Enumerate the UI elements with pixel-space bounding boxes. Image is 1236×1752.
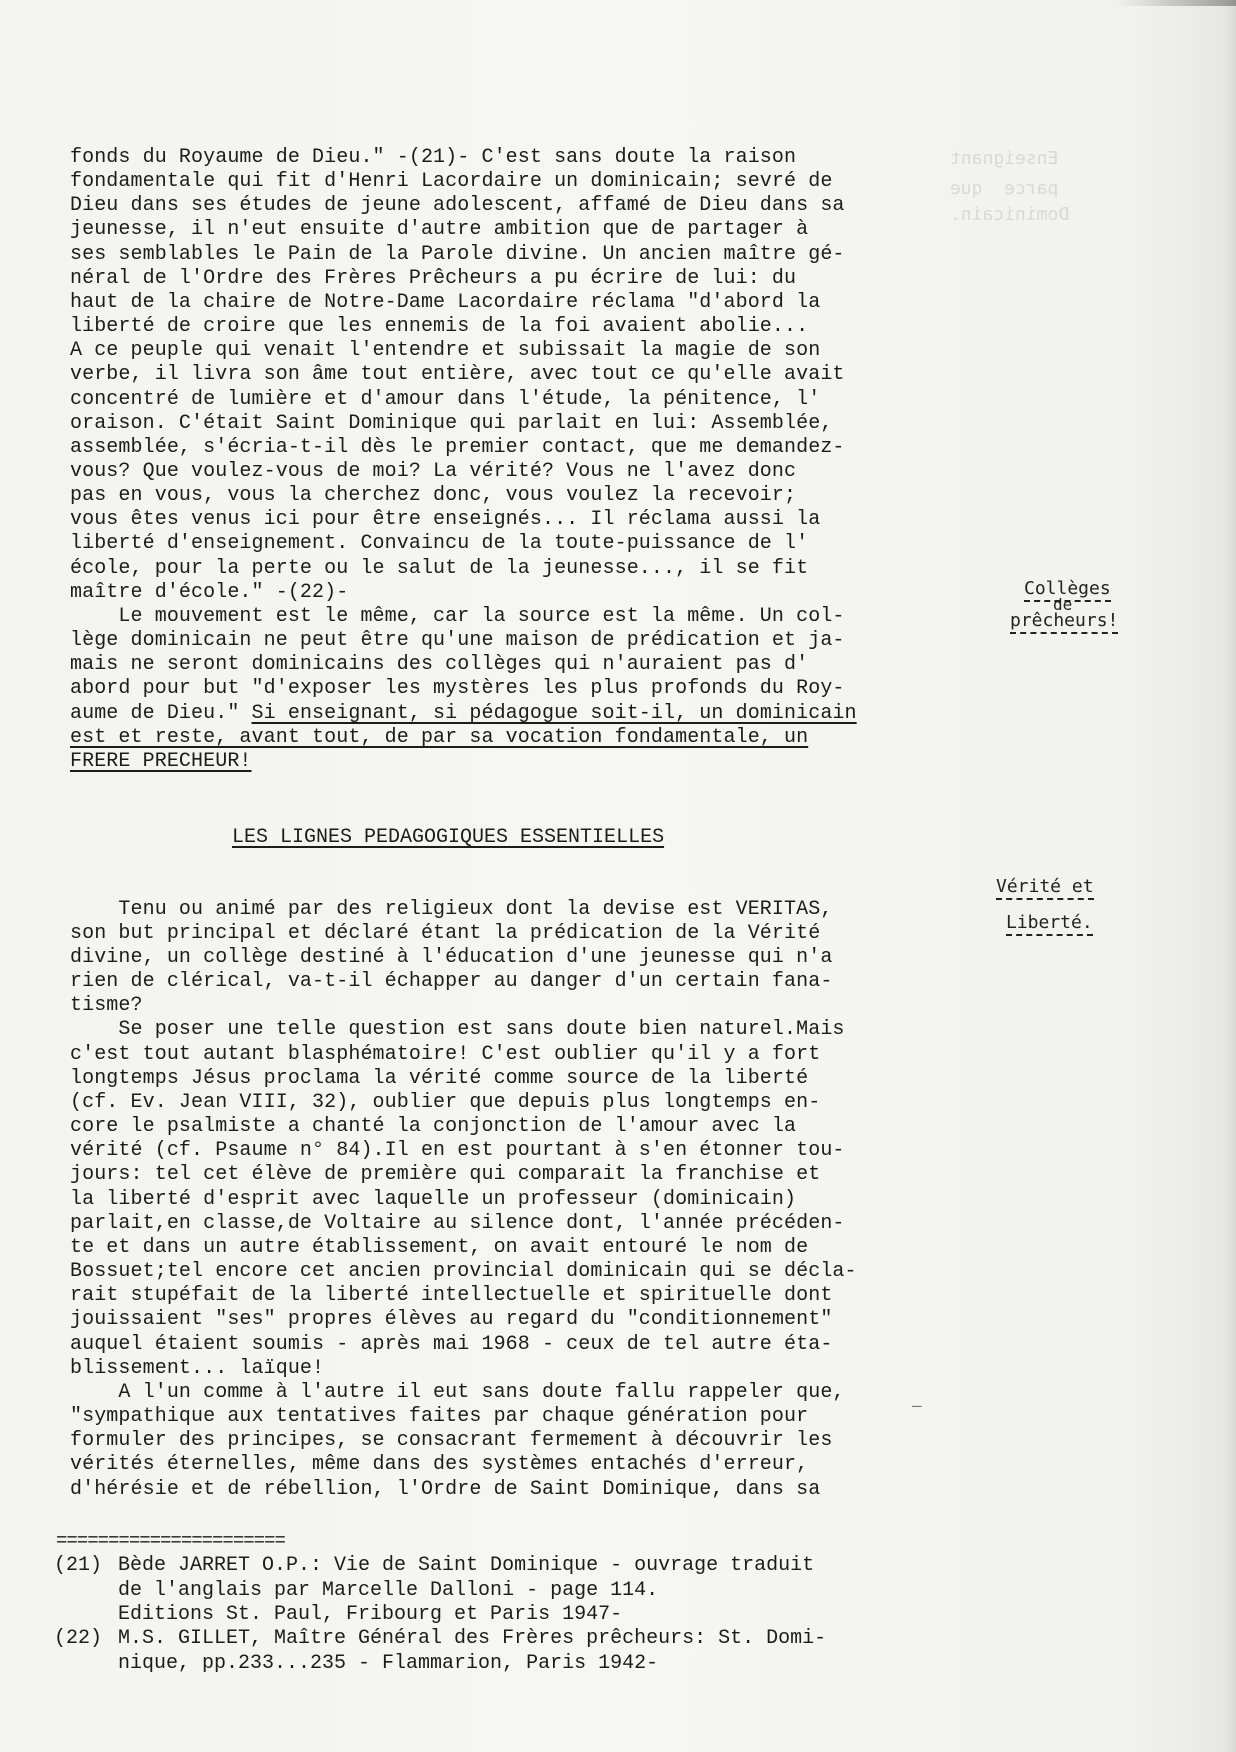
page-edge-shadow bbox=[1222, 0, 1236, 1752]
text-line: tisme? bbox=[70, 994, 143, 1018]
text-line: core le psalmiste a chanté la conjonctio… bbox=[70, 1115, 796, 1139]
text-segment: aume de Dieu." bbox=[70, 702, 252, 725]
footnote-line: nique, pp.233...235 - Flammarion, Paris … bbox=[118, 1652, 658, 1676]
margin-note-text: Vérité et bbox=[996, 876, 1094, 900]
footnote-number: (22) bbox=[54, 1627, 102, 1651]
text-line: fonds du Royaume de Dieu." -(21)- C'est … bbox=[70, 146, 796, 170]
text-line: rien de clérical, va-t-il échapper au da… bbox=[70, 970, 832, 994]
text-line: abord pour but "d'exposer les mystères l… bbox=[70, 677, 845, 701]
text-line: auquel étaient soumis - après mai 1968 -… bbox=[70, 1333, 832, 1357]
footnote-line: de l'anglais par Marcelle Dalloni - page… bbox=[118, 1579, 658, 1603]
underlined-emphasis: Si enseignant, si pédagogue soit-il, un … bbox=[252, 702, 857, 725]
text-line: vous êtes venus ici pour être enseignés.… bbox=[70, 508, 820, 532]
text-line: A ce peuple qui venait l'entendre et sub… bbox=[70, 339, 820, 363]
text-line: la liberté d'esprit avec laquelle un pro… bbox=[70, 1188, 796, 1212]
text-line: Dieu dans ses études de jeune adolescent… bbox=[70, 194, 845, 218]
text-line: verbe, il livra son âme tout entière, av… bbox=[70, 363, 845, 387]
text-line: vérité (cf. Psaume n° 84).Il en est pour… bbox=[70, 1139, 845, 1163]
text-line: "sympathique aux tentatives faites par c… bbox=[70, 1405, 808, 1429]
text-line: Bossuet;tel encore cet ancien provincial… bbox=[70, 1260, 857, 1284]
text-line: liberté d'enseignement. Convaincu de la … bbox=[70, 532, 808, 556]
stray-mark: _ bbox=[912, 1392, 922, 1410]
text-line: rait stupéfait de la liberté intellectue… bbox=[70, 1284, 832, 1308]
text-line: mais ne seront dominicains des collèges … bbox=[70, 653, 808, 677]
footnote-line: M.S. GILLET, Maître Général des Frères p… bbox=[118, 1627, 826, 1651]
text-line: lège dominicain ne peut être qu'une mais… bbox=[70, 629, 845, 653]
footnote-number: (21) bbox=[54, 1554, 102, 1578]
text-line: maître d'école." -(22)- bbox=[70, 581, 348, 605]
text-line: assemblée, s'écria-t-il dès le premier c… bbox=[70, 436, 845, 460]
text-line: divine, un collège destiné à l'éducation… bbox=[70, 946, 832, 970]
text-line: école, pour la perte ou le salut de la j… bbox=[70, 557, 808, 581]
text-line: liberté de croire que les ennemis de la … bbox=[70, 315, 808, 339]
text-line: néral de l'Ordre des Frères Prêcheurs a … bbox=[70, 267, 796, 291]
text-line: son but principal et déclaré étant la pr… bbox=[70, 922, 820, 946]
text-line: parlait,en classe,de Voltaire au silence… bbox=[70, 1212, 845, 1236]
text-line: Le mouvement est le même, car la source … bbox=[70, 605, 845, 629]
text-line: Tenu ou animé par des religieux dont la … bbox=[70, 898, 832, 922]
text-line: aume de Dieu." Si enseignant, si pédagog… bbox=[70, 702, 857, 726]
text-line: te et dans un autre établissement, on av… bbox=[70, 1236, 808, 1260]
footnote-line: Editions St. Paul, Fribourg et Paris 194… bbox=[118, 1603, 622, 1627]
text-line: ses semblables le Pain de la Parole divi… bbox=[70, 243, 845, 267]
text-line: (cf. Ev. Jean VIII, 32), oublier que dep… bbox=[70, 1091, 820, 1115]
text-line: fondamentale qui fit d'Henri Lacordaire … bbox=[70, 170, 832, 194]
text-line: d'hérésie et de rébellion, l'Ordre de Sa… bbox=[70, 1478, 820, 1502]
text-line: vérités éternelles, même dans des systèm… bbox=[70, 1453, 808, 1477]
underlined-emphasis: FRERE PRECHEUR! bbox=[70, 750, 252, 774]
text-line: longtemps Jésus proclama la vérité comme… bbox=[70, 1067, 808, 1091]
footnote-separator: ====================== bbox=[56, 1530, 285, 1552]
text-line: pas en vous, vous la cherchez donc, vous… bbox=[70, 484, 796, 508]
text-line: oraison. C'était Saint Dominique qui par… bbox=[70, 412, 832, 436]
footnote-line: Bède JARRET O.P.: Vie de Saint Dominique… bbox=[118, 1554, 814, 1578]
text-line: blissement... laïque! bbox=[70, 1357, 324, 1381]
text-line: jeunesse, il n'eut ensuite d'autre ambit… bbox=[70, 218, 808, 242]
margin-note-text: prêcheurs! bbox=[1010, 610, 1118, 634]
text-line: A l'un comme à l'autre il eut sans doute… bbox=[70, 1381, 845, 1405]
text-line: c'est tout autant blasphématoire! C'est … bbox=[70, 1043, 820, 1067]
text-line: haut de la chaire de Notre-Dame Lacordai… bbox=[70, 291, 820, 315]
text-line: jouissaient "ses" propres élèves au rega… bbox=[70, 1308, 832, 1332]
text-line: jours: tel cet élève de première qui com… bbox=[70, 1163, 820, 1187]
bleed-through-text: Enseignant bbox=[950, 146, 1058, 172]
bleed-through-text: Dominicain. bbox=[950, 202, 1069, 228]
text-line: concentré de lumière et d'amour dans l'é… bbox=[70, 388, 820, 412]
text-line: vous? Que voulez-vous de moi? La vérité?… bbox=[70, 460, 796, 484]
page-corner-shadow bbox=[1116, 0, 1236, 6]
section-heading: LES LIGNES PEDAGOGIQUES ESSENTIELLES bbox=[232, 826, 664, 850]
margin-note-text: Liberté. bbox=[1006, 912, 1093, 936]
text-line: Se poser une telle question est sans dou… bbox=[70, 1018, 845, 1042]
text-line: formuler des principes, se consacrant fe… bbox=[70, 1429, 832, 1453]
underlined-emphasis: est et reste, avant tout, de par sa voca… bbox=[70, 726, 808, 750]
bleed-through-text: parce que bbox=[950, 176, 1058, 202]
